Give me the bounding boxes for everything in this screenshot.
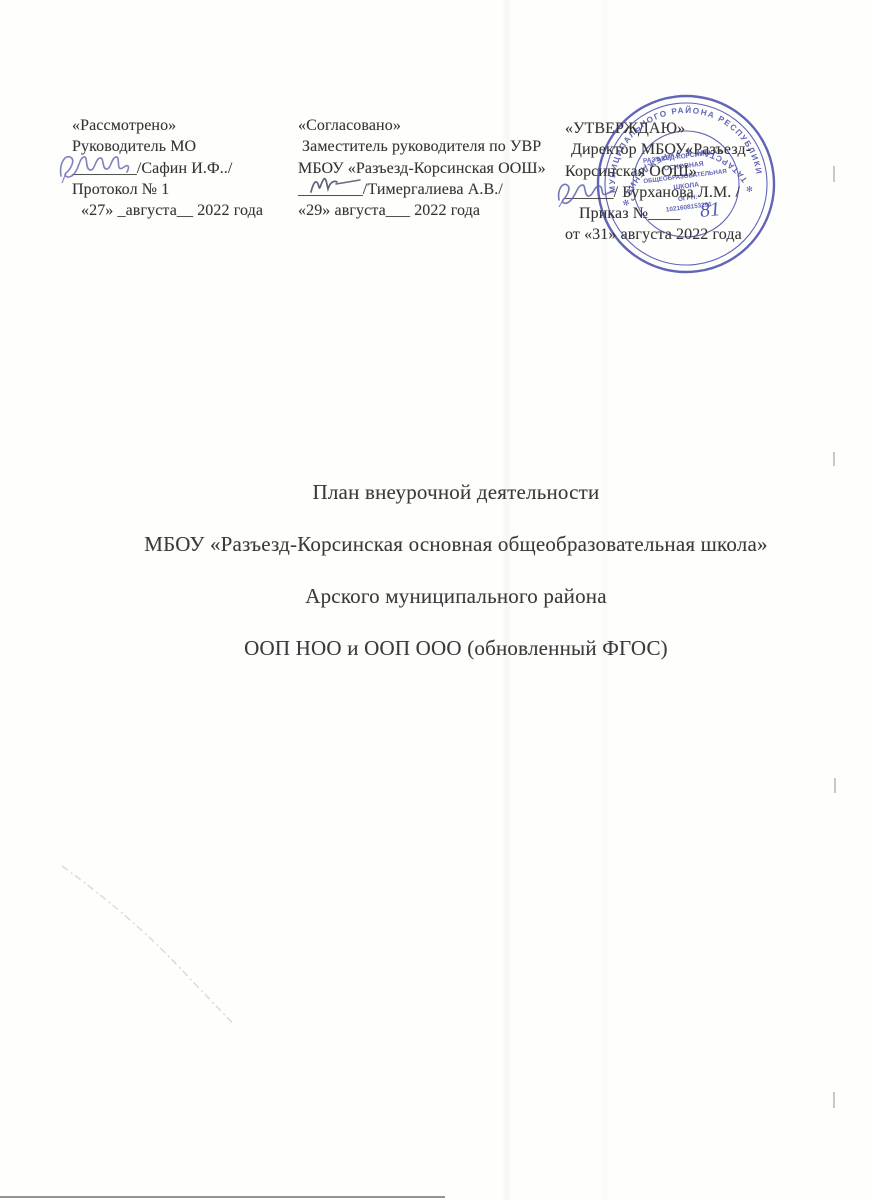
scan-bottom-edge <box>0 1196 445 1198</box>
approved-role: Директор МБОУ«Разъезд- <box>565 139 751 160</box>
approved-date: от «31» августа 2022 года <box>565 224 751 245</box>
reviewed-signature-line: ________/Сафин И.Ф../ <box>72 158 263 179</box>
approved-signature-line: ______/ Бурханова Л.М. / <box>565 182 751 203</box>
edge-mark <box>834 778 836 793</box>
approval-block-agreed: «Согласовано» Заместитель руководителя п… <box>298 115 546 221</box>
document-title-block: План внеурочной деятельности МБОУ «Разъе… <box>40 480 872 688</box>
approved-school: Корсинская ООШ» <box>565 161 751 182</box>
title-district: Арского муниципального района <box>40 584 872 609</box>
approved-order: Приказ №____ <box>565 203 751 224</box>
handwritten-order-number: 81 <box>699 198 721 223</box>
title-plan: План внеурочной деятельности <box>40 480 872 505</box>
agreed-signature-line: ________/Тимергалиева А.В./ <box>298 179 546 200</box>
agreed-date: «29» августа___ 2022 года <box>298 200 546 221</box>
agreed-school: МБОУ «Разъезд-Корсинская ООШ» <box>298 158 546 179</box>
reviewed-protocol: Протокол № 1 <box>72 179 263 200</box>
agreed-heading: «Согласовано» <box>298 115 546 136</box>
reviewed-date: «27» _августа__ 2022 года <box>72 200 263 221</box>
reviewed-heading: «Рассмотрено» <box>72 115 263 136</box>
edge-mark <box>833 452 835 466</box>
edge-mark <box>833 1092 835 1108</box>
scanned-page: МУНИЦИПАЛЬНОГО РАЙОНА РЕСПУБЛИКИ ✻ ТАТАР… <box>0 0 872 1200</box>
approval-block-reviewed: «Рассмотрено» Руководитель МО ________/С… <box>72 115 263 221</box>
reviewed-role: Руководитель МО <box>72 136 263 157</box>
edge-mark <box>833 166 835 182</box>
title-programs: ООП НОО и ООП ООО (обновленный ФГОС) <box>40 636 872 661</box>
approval-block-approved: «УТВЕРЖДАЮ» Директор МБОУ«Разъезд- Корси… <box>565 118 751 246</box>
agreed-role: Заместитель руководителя по УВР <box>298 136 546 157</box>
title-school: МБОУ «Разъезд-Корсинская основная общеоб… <box>40 532 872 557</box>
approved-heading: «УТВЕРЖДАЮ» <box>565 118 751 139</box>
